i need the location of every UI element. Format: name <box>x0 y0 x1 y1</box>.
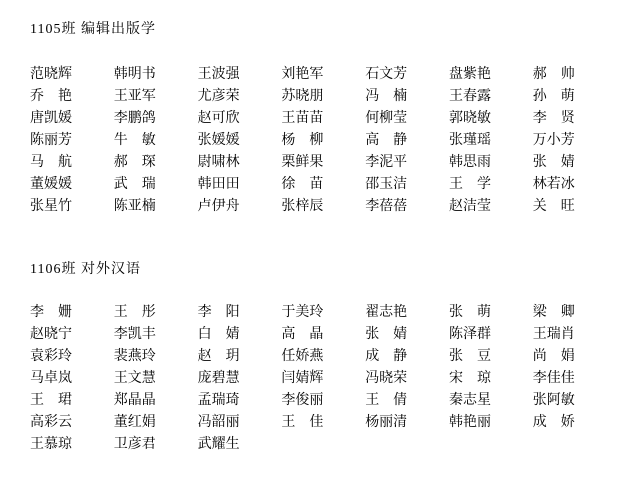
student-name: 李 姗 <box>30 302 114 324</box>
student-name: 闫婧辉 <box>281 368 365 390</box>
class-roster-document: 1105班 编辑出版学 范晓辉韩明书王波强刘艳军石文芳盘紫艳郝 帅乔 艳王亚军尤… <box>0 0 618 479</box>
student-name: 尤彦荣 <box>198 86 282 108</box>
student-name: 唐凯媛 <box>30 108 114 130</box>
student-name: 冯 楠 <box>365 86 449 108</box>
student-name: 王亚军 <box>114 86 198 108</box>
student-name: 卫彦君 <box>114 434 198 456</box>
student-name: 韩艳丽 <box>449 412 533 434</box>
student-name: 高 静 <box>365 130 449 152</box>
student-name: 苏晓朋 <box>281 86 365 108</box>
student-name: 马卓岚 <box>30 368 114 390</box>
name-grid-1105: 范晓辉韩明书王波强刘艳军石文芳盘紫艳郝 帅乔 艳王亚军尤彦荣苏晓朋冯 楠王春露孙… <box>30 64 618 218</box>
class-section-1105: 1105班 编辑出版学 范晓辉韩明书王波强刘艳军石文芳盘紫艳郝 帅乔 艳王亚军尤… <box>30 22 618 218</box>
student-name: 王春露 <box>449 86 533 108</box>
student-name: 张 婧 <box>533 152 617 174</box>
student-name: 李佳佳 <box>533 368 617 390</box>
class-title-1106: 1106班 对外汉语 <box>30 262 618 278</box>
student-name: 万小芳 <box>533 130 617 152</box>
student-name: 关 旺 <box>533 196 617 218</box>
student-name: 孟瑞琦 <box>198 390 282 412</box>
student-name: 林若冰 <box>533 174 617 196</box>
student-name: 李 贤 <box>533 108 617 130</box>
student-name: 翟志艳 <box>365 302 449 324</box>
student-name: 于美玲 <box>281 302 365 324</box>
student-name: 李泥平 <box>365 152 449 174</box>
student-name: 王 倩 <box>365 390 449 412</box>
student-name: 郝 琛 <box>114 152 198 174</box>
student-name: 杨丽清 <box>365 412 449 434</box>
student-name: 任娇燕 <box>281 346 365 368</box>
student-name: 张 婧 <box>365 324 449 346</box>
student-name: 王瑞肖 <box>533 324 617 346</box>
student-name: 王文慧 <box>114 368 198 390</box>
student-name: 陈丽芳 <box>30 130 114 152</box>
student-name: 张 萌 <box>449 302 533 324</box>
student-name: 赵可欣 <box>198 108 282 130</box>
student-name: 韩思雨 <box>449 152 533 174</box>
class-section-1106: 1106班 对外汉语 李 姗王 彤李 阳于美玲翟志艳张 萌梁 卿赵晓宁李凯丰白 … <box>30 262 618 456</box>
student-name: 牛 敏 <box>114 130 198 152</box>
student-name: 韩田田 <box>198 174 282 196</box>
student-name: 卢伊舟 <box>198 196 282 218</box>
student-name: 石文芳 <box>365 64 449 86</box>
student-name: 高彩云 <box>30 412 114 434</box>
student-name: 王苗苗 <box>281 108 365 130</box>
student-name: 刘艳军 <box>281 64 365 86</box>
student-name: 尚 娟 <box>533 346 617 368</box>
name-grid-1106: 李 姗王 彤李 阳于美玲翟志艳张 萌梁 卿赵晓宁李凯丰白 婧高 晶张 婧陈泽群王… <box>30 302 618 456</box>
student-name: 李鹏鸽 <box>114 108 198 130</box>
student-name: 张媛媛 <box>198 130 282 152</box>
student-name: 郭晓敏 <box>449 108 533 130</box>
student-name: 李蓓蓓 <box>365 196 449 218</box>
student-name: 乔 艳 <box>30 86 114 108</box>
student-name: 梁 卿 <box>533 302 617 324</box>
student-name: 尉啸林 <box>198 152 282 174</box>
student-name: 郑晶晶 <box>114 390 198 412</box>
student-name: 武 瑞 <box>114 174 198 196</box>
student-name: 秦志星 <box>449 390 533 412</box>
student-name: 赵洁莹 <box>449 196 533 218</box>
student-name: 王慕琼 <box>30 434 114 456</box>
student-name: 成 娇 <box>533 412 617 434</box>
student-name: 王 佳 <box>281 412 365 434</box>
class-title-1105: 1105班 编辑出版学 <box>30 22 618 38</box>
student-name: 杨 柳 <box>281 130 365 152</box>
student-name: 张星竹 <box>30 196 114 218</box>
student-name: 袁彩玲 <box>30 346 114 368</box>
student-name: 赵 玥 <box>198 346 282 368</box>
student-name: 邵玉洁 <box>365 174 449 196</box>
student-name: 白 婧 <box>198 324 282 346</box>
student-name: 范晓辉 <box>30 64 114 86</box>
student-name: 张 豆 <box>449 346 533 368</box>
student-name: 栗鲜果 <box>281 152 365 174</box>
student-name: 李 阳 <box>198 302 282 324</box>
student-name: 张梓辰 <box>281 196 365 218</box>
student-name: 王 珺 <box>30 390 114 412</box>
student-name: 李俊丽 <box>281 390 365 412</box>
student-name: 冯晓荣 <box>365 368 449 390</box>
student-name: 郝 帅 <box>533 64 617 86</box>
student-name: 陈泽群 <box>449 324 533 346</box>
student-name: 韩明书 <box>114 64 198 86</box>
student-name: 庞碧慧 <box>198 368 282 390</box>
student-name: 王 学 <box>449 174 533 196</box>
student-name: 何柳莹 <box>365 108 449 130</box>
student-name: 高 晶 <box>281 324 365 346</box>
student-name: 董红娟 <box>114 412 198 434</box>
student-name: 董媛媛 <box>30 174 114 196</box>
student-name: 赵晓宁 <box>30 324 114 346</box>
student-name: 张阿敏 <box>533 390 617 412</box>
student-name: 王波强 <box>198 64 282 86</box>
student-name: 裴燕玲 <box>114 346 198 368</box>
student-name: 盘紫艳 <box>449 64 533 86</box>
student-name: 冯韶丽 <box>198 412 282 434</box>
student-name: 武耀生 <box>198 434 282 456</box>
student-name: 李凯丰 <box>114 324 198 346</box>
student-name: 成 静 <box>365 346 449 368</box>
student-name: 孙 萌 <box>533 86 617 108</box>
student-name: 王 彤 <box>114 302 198 324</box>
student-name: 宋 琼 <box>449 368 533 390</box>
student-name: 徐 苗 <box>281 174 365 196</box>
student-name: 马 航 <box>30 152 114 174</box>
student-name: 张瑾瑶 <box>449 130 533 152</box>
student-name: 陈亚楠 <box>114 196 198 218</box>
